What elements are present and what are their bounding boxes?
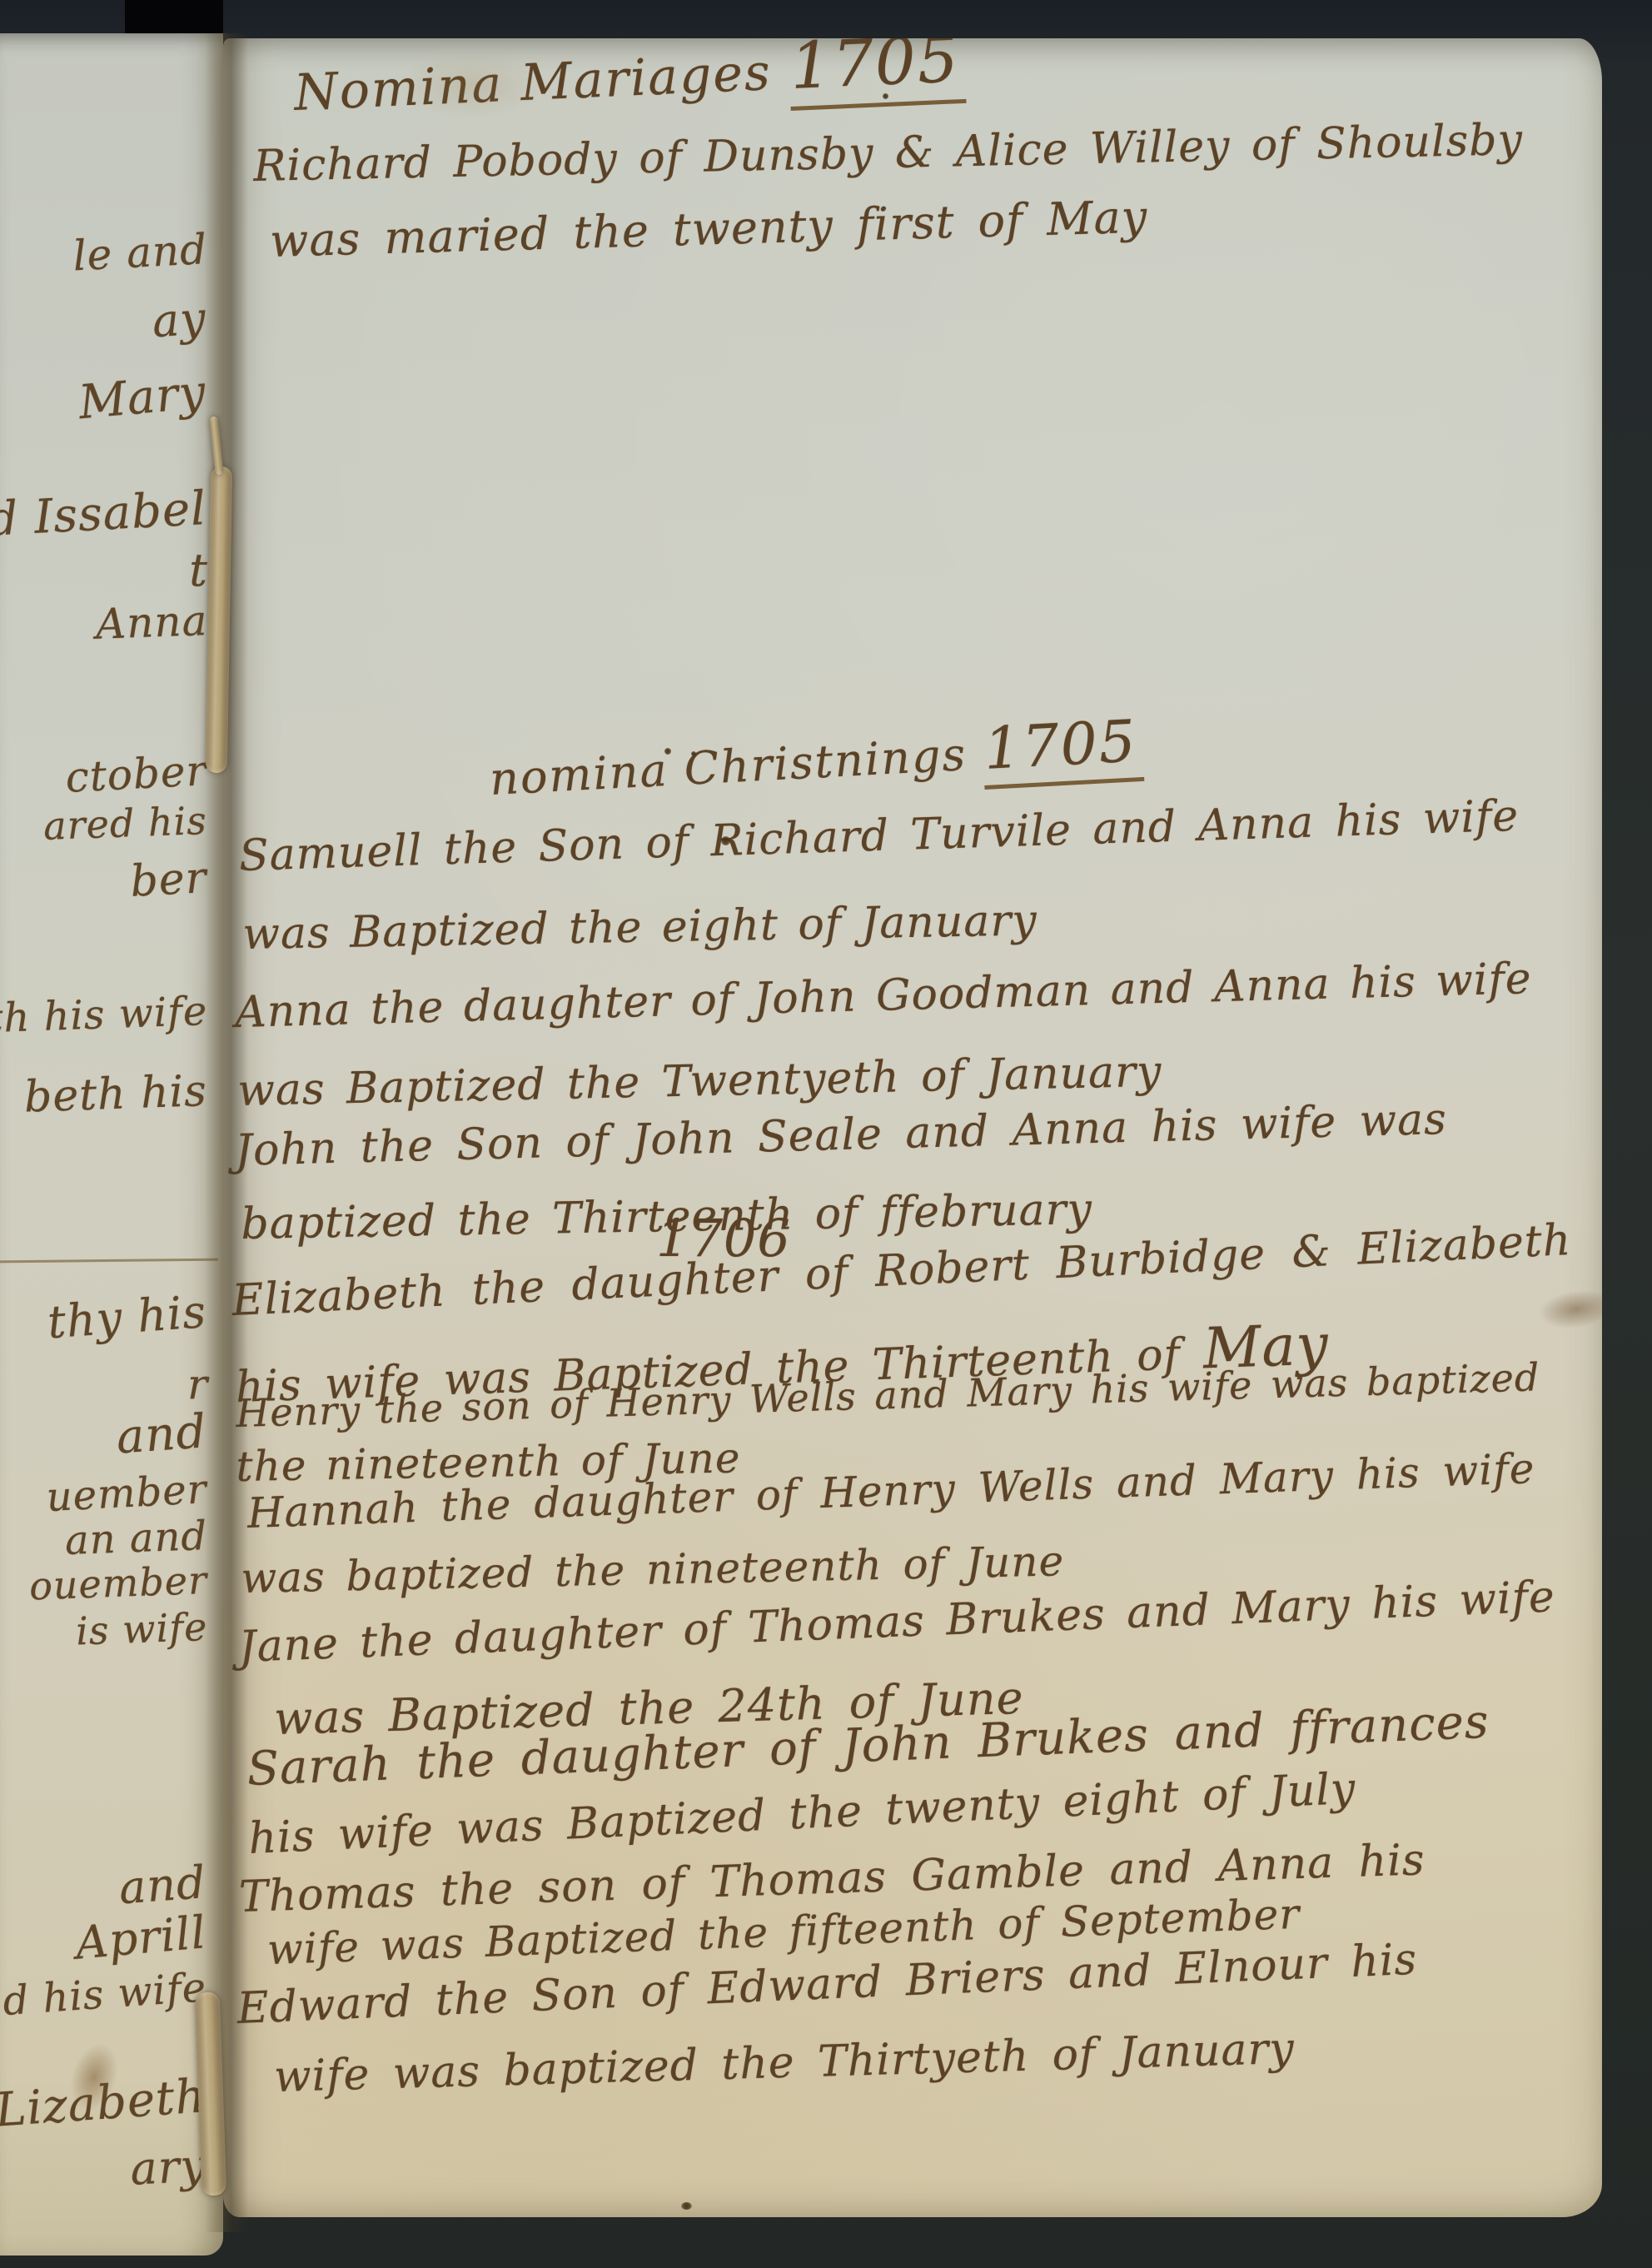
- facing-page-text-fragment: Anna: [95, 596, 208, 649]
- baptism-record-line: Samuell the Son of Richard Turvile and A…: [238, 791, 1520, 881]
- facing-page-text-fragment: Aprill: [73, 1906, 208, 1969]
- facing-page-text-fragment: d his wife: [2, 1964, 208, 2025]
- baptism-record-line: was Baptized the eight of January: [242, 895, 1037, 960]
- baptism-record-line: wife was baptized the Thirtyeth of Janua…: [273, 2024, 1295, 2102]
- christenings-heading: nomina Christnings 1705: [488, 708, 1144, 809]
- marriages-heading-text: Nomina Mariages: [293, 43, 773, 122]
- facing-page-text-fragment: ber: [129, 853, 208, 907]
- facing-page-text-fragment: Mary: [77, 365, 208, 430]
- facing-page-text-fragment: ouember: [28, 1558, 208, 1608]
- ink-dot: [883, 93, 888, 99]
- ink-dot: [681, 2202, 692, 2210]
- ink-dot: [664, 748, 671, 755]
- marriage-record-line: Richard Pobody of Dunsby & Alice Willey …: [253, 115, 1524, 192]
- ink-dot: [721, 836, 730, 845]
- marriage-record-line: was maried the twenty first of May: [269, 191, 1148, 267]
- facing-page-text-fragment: and: [114, 1404, 208, 1464]
- ink-stain: [1519, 1275, 1602, 1343]
- facing-page-text-fragment: Lizabeth: [0, 2069, 208, 2138]
- binding-gutter: [205, 33, 248, 2232]
- christenings-year: 1705: [981, 708, 1144, 790]
- facing-page-text-fragment: le and: [72, 225, 208, 280]
- baptism-record-line: Anna the daughter of John Goodman and An…: [234, 954, 1532, 1038]
- facing-page-text-fragment: ared his: [43, 798, 208, 849]
- ruled-line: [0, 1259, 218, 1264]
- facing-page-text-fragment: th his wife: [0, 988, 208, 1042]
- marriages-heading: Nomina Mariages 1705: [292, 38, 966, 126]
- facing-page-text-fragment: ay: [151, 292, 208, 347]
- facing-page-text-fragment: d Issabel: [0, 481, 208, 547]
- facing-page-text-fragment: thy his: [46, 1285, 208, 1348]
- register-page: Nomina Mariages 1705 Richard Pobody of D…: [223, 38, 1602, 2217]
- marriages-year: 1705: [787, 38, 966, 111]
- baptism-record-line: was baptized the nineteenth of June: [241, 1537, 1065, 1603]
- facing-page-text-fragment: ary: [129, 2139, 208, 2196]
- facing-page-text-fragment: beth his: [23, 1066, 208, 1123]
- christenings-heading-text: nomina Christnings: [488, 728, 968, 805]
- manuscript-scan: le and ay Mary d Issabel t Anna ctober a…: [0, 0, 1652, 2268]
- ink-dot: [691, 751, 696, 756]
- facing-page-text-fragment: an and: [64, 1513, 208, 1564]
- facing-page-text-fragment: is wife: [75, 1604, 208, 1653]
- facing-page-text-fragment: ctober: [64, 746, 208, 802]
- facing-page-edge: le and ay Mary d Issabel t Anna ctober a…: [0, 33, 223, 2256]
- facing-page-text-fragment: and: [117, 1856, 208, 1914]
